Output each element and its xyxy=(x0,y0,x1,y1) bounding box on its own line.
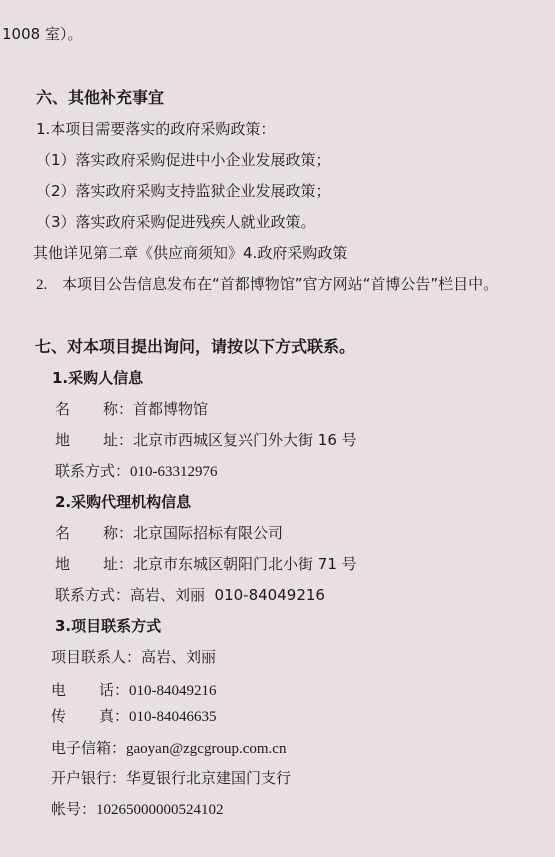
item2-number: 2. xyxy=(36,277,47,293)
name-label-b: 称： xyxy=(103,399,133,419)
agency-address-row: 地址：北京市东城区朝阳门北小街 71 号 xyxy=(55,554,357,574)
account-label: 帐号： xyxy=(51,800,96,818)
policy-item-2: （2）落实政府采购支持监狱企业发展政策； xyxy=(36,181,331,201)
agency-contact-value: 高岩、刘丽 010-84049216 xyxy=(130,586,325,604)
agency-address-value: 北京市东城区朝阳门北小街 71 号 xyxy=(133,555,357,573)
address-label-a: 地 xyxy=(55,554,103,574)
project-account-row: 帐号：10265000000524102 xyxy=(51,799,224,819)
agency-name-row: 名称：北京国际招标有限公司 xyxy=(55,523,283,543)
section6-item2: 2. 本项目公告信息发布在“首都博物馆”官方网站“首博公告”栏目中。 xyxy=(36,274,498,294)
name-label-b: 称： xyxy=(103,523,133,543)
email-label: 电子信箱： xyxy=(51,739,126,757)
name-label-a: 名 xyxy=(55,523,103,543)
project-phone-row: 电话：010-84049216 xyxy=(51,680,217,700)
purchaser-address-value: 北京市西城区复兴门外大街 16 号 xyxy=(133,431,357,449)
fax-value: 010-84046635 xyxy=(129,709,217,725)
project-bank-row: 开户银行：华夏银行北京建国门支行 xyxy=(51,768,291,788)
address-label-b: 址： xyxy=(103,430,133,450)
phone-label-b: 话： xyxy=(99,680,129,700)
policy-item-3: （3）落实政府采购促进残疾人就业政策。 xyxy=(36,212,316,232)
address-label-a: 地 xyxy=(55,430,103,450)
purchaser-name-row: 名称：首都博物馆 xyxy=(55,399,208,419)
other-details-text: 其他详见第二章《供应商须知》4.政府采购政策 xyxy=(33,243,347,263)
phone-label-a: 电 xyxy=(51,680,99,700)
item2-text: 本项目公告信息发布在“首都博物馆”官方网站“首博公告”栏目中。 xyxy=(62,275,498,293)
purchaser-contact-row: 联系方式：010-63312976 xyxy=(55,461,218,481)
agency-heading: 2.采购代理机构信息 xyxy=(55,492,191,512)
project-fax-row: 传真：010-84046635 xyxy=(51,706,217,726)
section7-title: 七、对本项目提出询问，请按以下方式联系。 xyxy=(35,337,355,357)
agency-name-value: 北京国际招标有限公司 xyxy=(133,524,283,542)
name-label-a: 名 xyxy=(55,399,103,419)
agency-contact-row: 联系方式：高岩、刘丽 010-84049216 xyxy=(55,585,325,605)
policy-item-1: （1）落实政府采购促进中小企业发展政策； xyxy=(36,150,331,170)
address-fragment: 1008 室）。 xyxy=(2,24,82,44)
purchaser-name-value: 首都博物馆 xyxy=(133,400,208,418)
purchaser-contact-value: 010-63312976 xyxy=(130,464,218,480)
purchaser-address-row: 地址：北京市西城区复兴门外大街 16 号 xyxy=(55,430,357,450)
person-value: 高岩、刘丽 xyxy=(141,648,216,666)
address-fragment-text: 1008 室）。 xyxy=(2,25,82,43)
purchaser-heading: 1.采购人信息 xyxy=(52,368,143,388)
address-label-b: 址： xyxy=(103,554,133,574)
section6-title: 六、其他补充事宜 xyxy=(36,88,164,108)
project-email-row: 电子信箱：gaoyan@zgcgroup.com.cn xyxy=(51,738,286,758)
person-label: 项目联系人： xyxy=(51,648,141,666)
bank-value: 华夏银行北京建国门支行 xyxy=(126,769,291,787)
fax-label-b: 真： xyxy=(99,706,129,726)
email-value[interactable]: gaoyan@zgcgroup.com.cn xyxy=(126,741,286,757)
account-value: 10265000000524102 xyxy=(96,802,224,818)
contact-label: 联系方式： xyxy=(55,586,130,604)
section6-item1-intro: 1.本项目需要落实的政府采购政策： xyxy=(36,119,275,139)
contact-label: 联系方式： xyxy=(55,462,130,480)
phone-value: 010-84049216 xyxy=(129,683,217,699)
project-contact-heading: 3.项目联系方式 xyxy=(55,616,161,636)
fax-label-a: 传 xyxy=(51,706,99,726)
bank-label: 开户银行： xyxy=(51,769,126,787)
project-person-row: 项目联系人：高岩、刘丽 xyxy=(51,647,216,667)
